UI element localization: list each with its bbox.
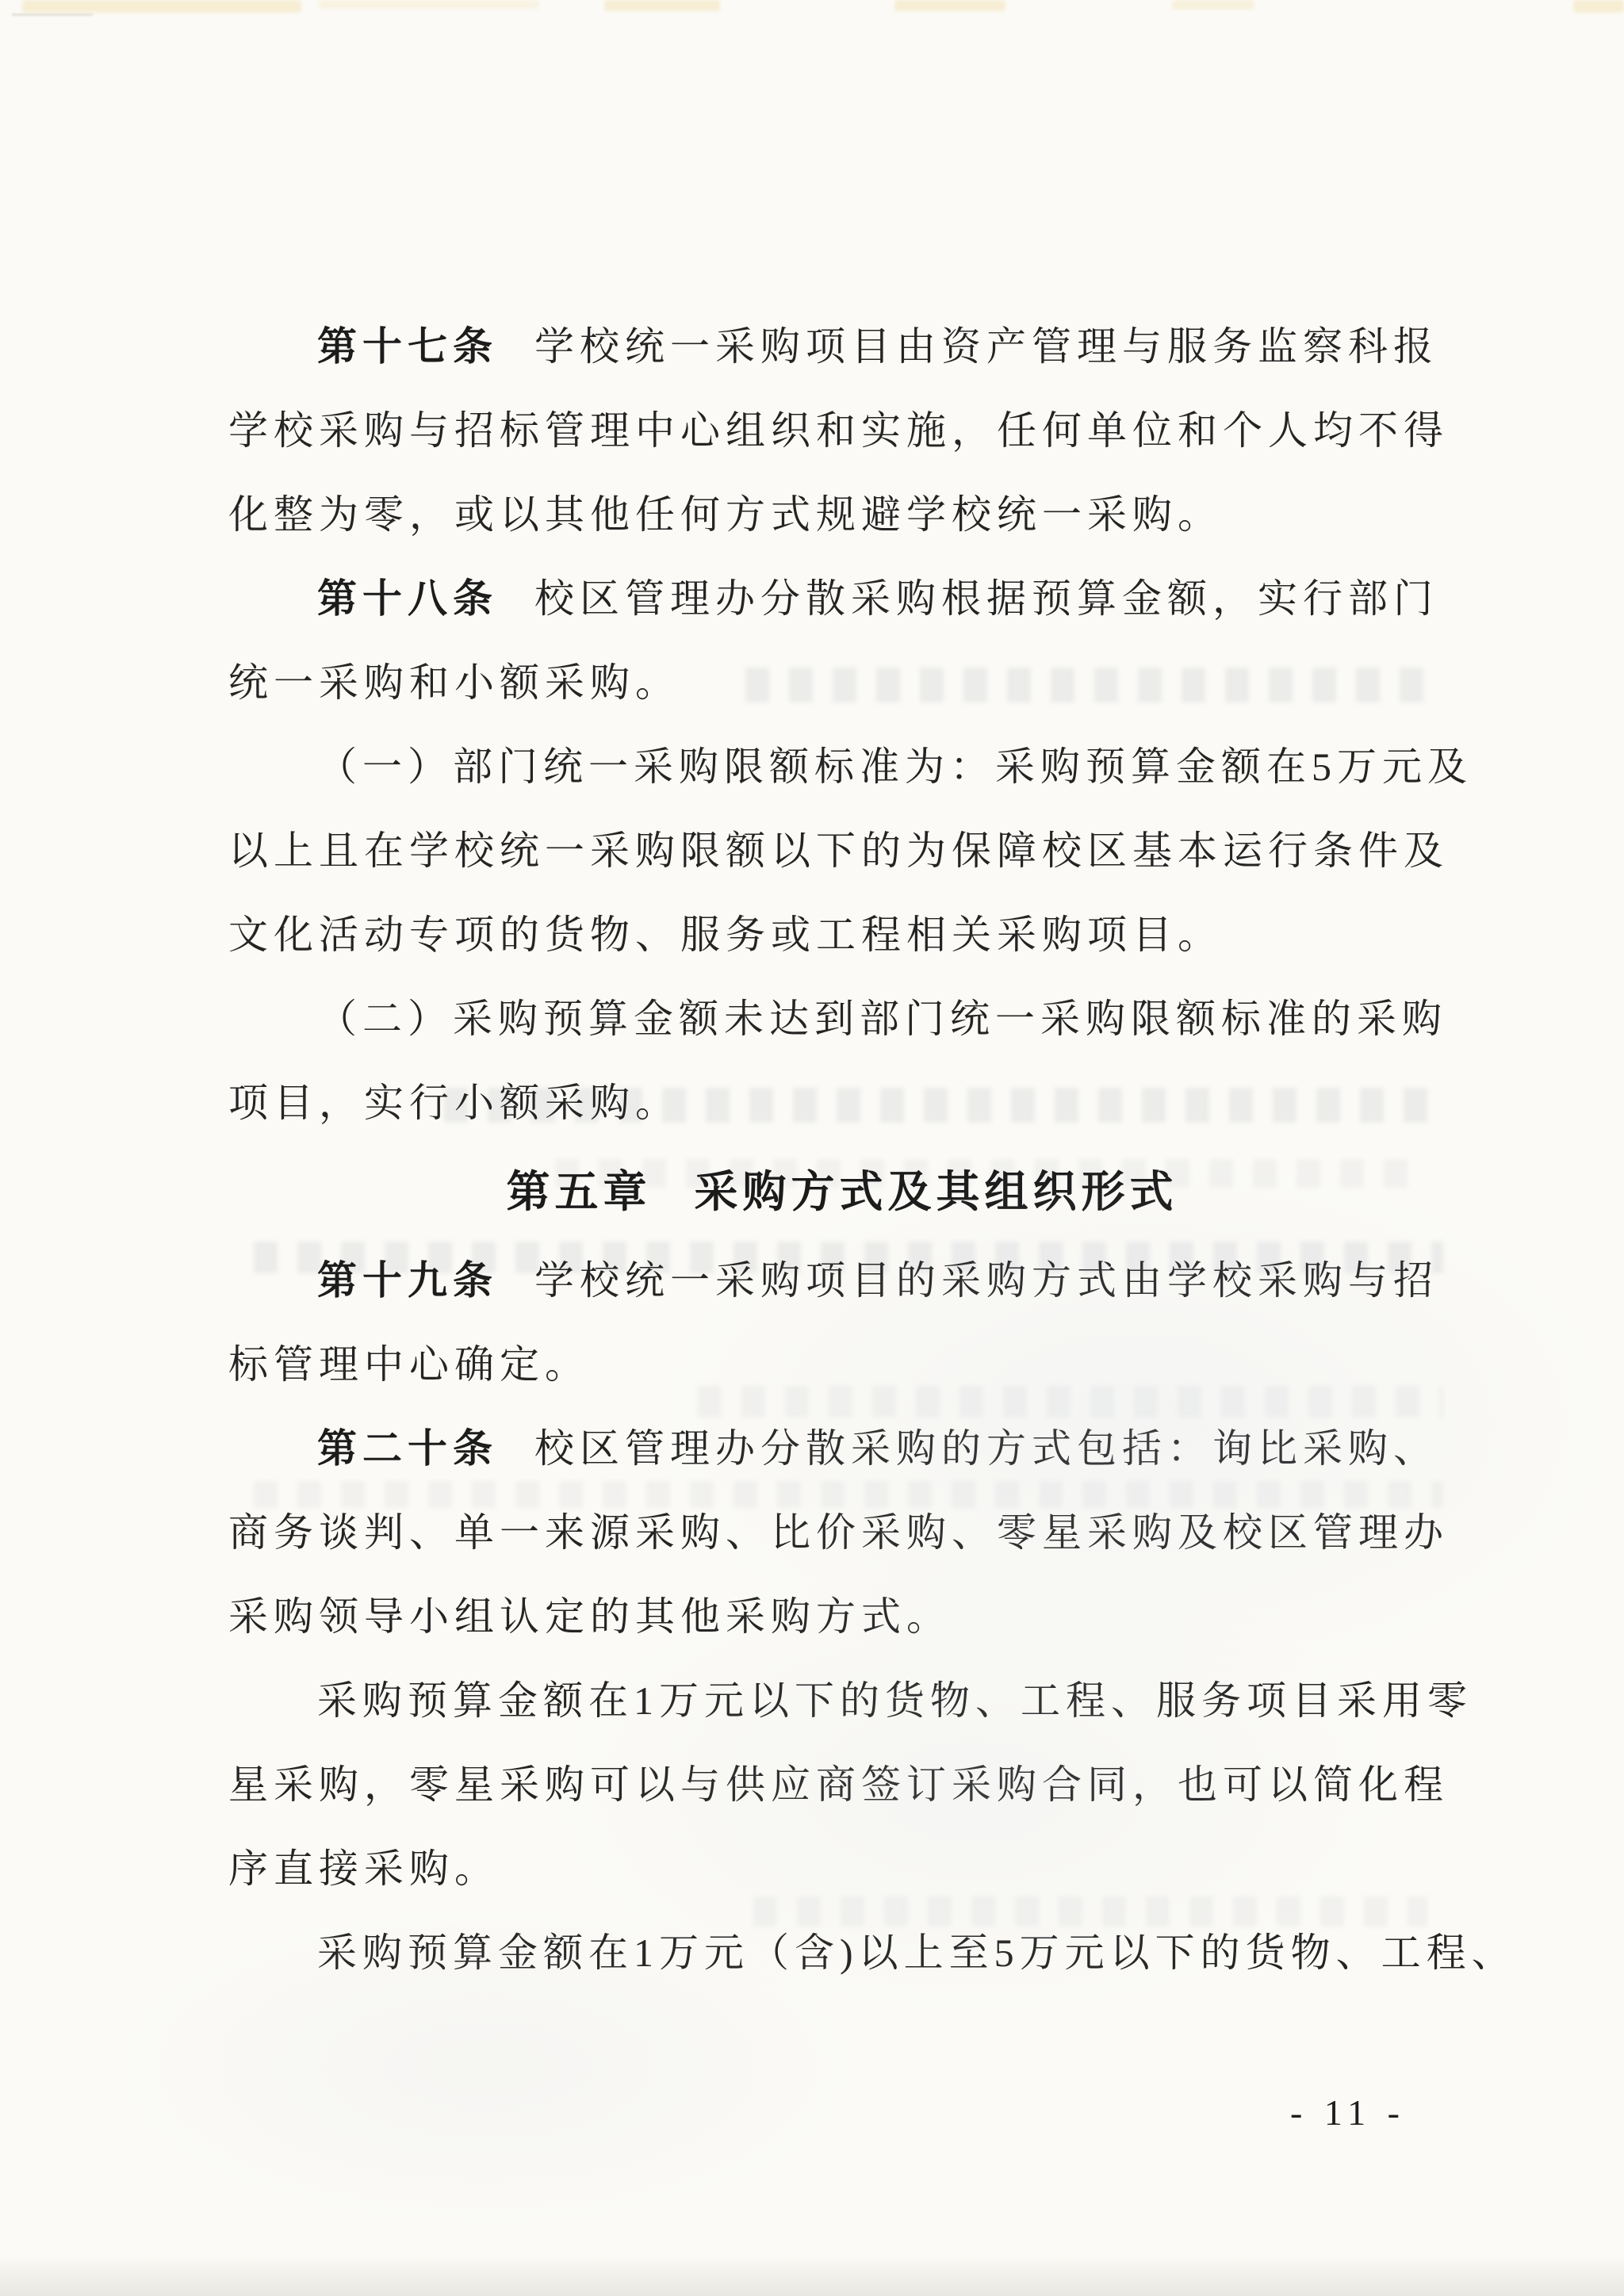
document-line: 商务谈判、单一来源采购、比价采购、零星采购及校区管理办 [228,1490,1456,1575]
line-text: 采购预算金额在1万元以下的货物、工程、服务项目采用零 [317,1678,1473,1723]
document-line: 项目，实行小额采购。 [228,1061,1456,1145]
line-text: （二）采购预算金额未达到部门统一采购限额标准的采购 [317,997,1447,1041]
scan-artifact-mark [22,0,301,13]
article-20-line: 第二十条校区管理办分散采购的方式包括：询比采购、 [228,1406,1456,1490]
item-1-line: （一）部门统一采购限额标准为：采购预算金额在5万元及 [228,725,1456,809]
line-text: 以上且在学校统一采购限额以下的为保障校区基本运行条件及 [228,828,1449,873]
document-line: 学校采购与招标管理中心组织和实施，任何单位和个人均不得 [228,388,1456,473]
article-number: 第十八条 [317,576,498,621]
line-text: （一）部门统一采购限额标准为：采购预算金额在5万元及 [317,744,1473,789]
document-line: 文化活动专项的货物、服务或工程相关采购项目。 [228,893,1456,977]
line-text: 标管理中心确定。 [228,1342,590,1387]
scan-artifact-mark [894,0,1005,11]
line-text: 学校统一采购项目的采购方式由学校采购与招 [534,1258,1438,1303]
line-text: 校区管理办分散采购根据预算金额，实行部门 [534,576,1438,621]
document-line: 统一采购和小额采购。 [228,641,1456,725]
document-line: 采购领导小组认定的其他采购方式。 [228,1575,1456,1659]
line-text: 学校统一采购项目由资产管理与服务监察科报 [534,324,1438,369]
scan-shadow-band [0,2255,1624,2296]
chapter-heading: 第五章采购方式及其组织形式 [228,1145,1456,1238]
paragraph-line: 采购预算金额在1万元（含)以上至5万元以下的货物、工程、 [228,1911,1456,1995]
scan-artifact-mark [1573,0,1624,13]
line-text: 学校采购与招标管理中心组织和实施，任何单位和个人均不得 [228,408,1449,453]
page-number: - 11 - [1261,2091,1435,2133]
document-line: 以上且在学校统一采购限额以下的为保障校区基本运行条件及 [228,809,1456,893]
document-line: 序直接采购。 [228,1827,1456,1911]
document-line: 星采购，零星采购可以与供应商签订采购合同，也可以简化程 [228,1743,1456,1827]
article-18-line: 第十八条校区管理办分散采购根据预算金额，实行部门 [228,557,1456,641]
item-2-line: （二）采购预算金额未达到部门统一采购限额标准的采购 [228,977,1456,1061]
line-text: 统一采购和小额采购。 [228,660,680,705]
article-number: 第二十条 [317,1426,498,1471]
scanned-document-page: 第十七条学校统一采购项目由资产管理与服务监察科报 学校采购与招标管理中心组织和实… [0,0,1624,2296]
scan-artifact-line [12,13,93,16]
chapter-number: 第五章 [506,1167,651,1216]
document-line: 标管理中心确定。 [228,1322,1456,1406]
scan-artifact-mark [1172,0,1254,10]
line-text: 采购预算金额在1万元（含)以上至5万元以下的货物、工程、 [317,1931,1517,1975]
scan-artifact-mark [604,0,720,11]
article-number: 第十七条 [317,324,498,369]
line-text: 文化活动专项的货物、服务或工程相关采购项目。 [228,913,1223,957]
line-text: 化整为零，或以其他任何方式规避学校统一采购。 [228,492,1223,537]
chapter-title: 采购方式及其组织形式 [695,1167,1178,1216]
line-text: 商务谈判、单一来源采购、比价采购、零星采购及校区管理办 [228,1510,1449,1555]
line-text: 项目，实行小额采购。 [228,1081,680,1125]
line-text: 采购领导小组认定的其他采购方式。 [228,1594,952,1639]
line-text: 校区管理办分散采购的方式包括：询比采购、 [534,1426,1438,1471]
line-text: 星采购，零星采购可以与供应商签订采购合同，也可以简化程 [228,1762,1449,1807]
line-text: 序直接采购。 [228,1846,500,1891]
article-17-line: 第十七条学校统一采购项目由资产管理与服务监察科报 [228,304,1456,388]
scan-artifact-mark [319,0,539,9]
article-19-line: 第十九条学校统一采购项目的采购方式由学校采购与招 [228,1238,1456,1322]
paragraph-line: 采购预算金额在1万元以下的货物、工程、服务项目采用零 [228,1659,1456,1743]
document-text: 第十七条学校统一采购项目由资产管理与服务监察科报 学校采购与招标管理中心组织和实… [228,304,1456,1995]
document-line: 化整为零，或以其他任何方式规避学校统一采购。 [228,473,1456,557]
article-number: 第十九条 [317,1258,498,1303]
